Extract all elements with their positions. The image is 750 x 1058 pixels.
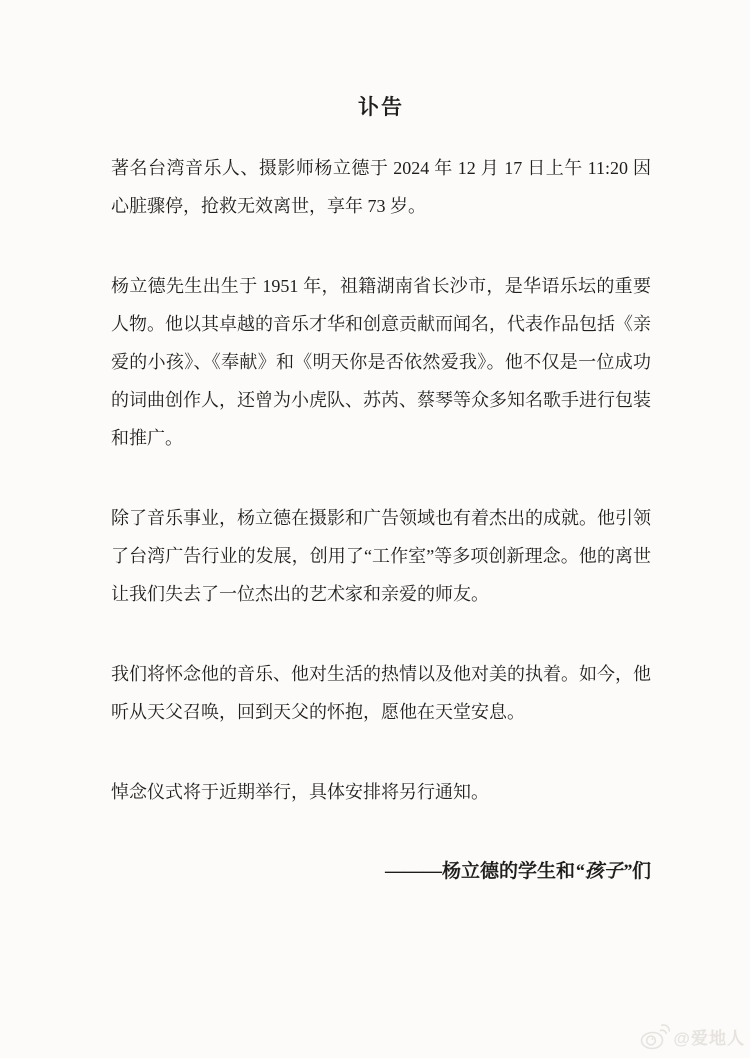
obituary-document: 讣告 著名台湾音乐人、摄影师杨立德于 2024 年 12 月 17 日上午 11… xyxy=(111,0,651,891)
signature-suffix: 们 xyxy=(632,861,651,882)
paragraph-career: 除了音乐事业，杨立德在摄影和广告领域也有着杰出的成就。他引领了台湾广告行业的发展… xyxy=(111,499,651,613)
watermark: @爱地人 xyxy=(640,1023,745,1050)
paragraph-remembrance: 我们将怀念他的音乐、他对生活的热情以及他对美的执着。如今，他听从天父召唤，回到天… xyxy=(111,655,651,731)
page-title: 讣告 xyxy=(111,88,651,126)
watermark-handle: @爱地人 xyxy=(673,1024,745,1049)
paragraph-biography: 杨立德先生出生于 1951 年，祖籍湖南省长沙市，是华语乐坛的重要人物。他以其卓… xyxy=(111,267,651,457)
weibo-logo-icon xyxy=(640,1023,670,1050)
signature-prefix: ———杨立德的学生和 xyxy=(385,861,575,882)
paragraph-memorial-notice: 悼念仪式将于近期举行，具体安排将另行通知。 xyxy=(111,773,651,811)
signature-quoted: “孩子” xyxy=(575,861,632,882)
paragraph-death-notice: 著名台湾音乐人、摄影师杨立德于 2024 年 12 月 17 日上午 11:20… xyxy=(111,149,651,225)
signature-line: ———杨立德的学生和“孩子”们 xyxy=(111,853,651,891)
